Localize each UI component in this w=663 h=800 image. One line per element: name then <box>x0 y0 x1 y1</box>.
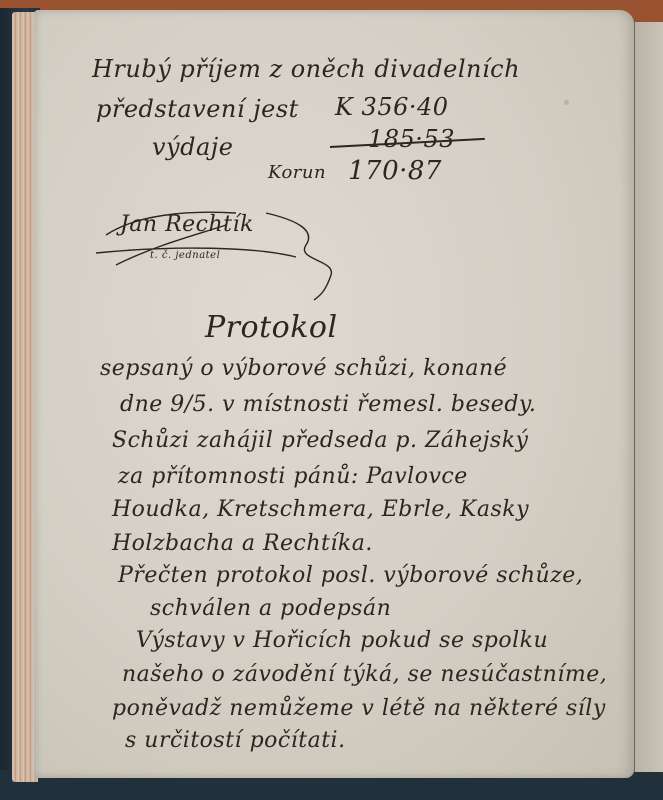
protocol-line: sepsaný o výborové schůzi, konané <box>100 356 507 381</box>
protocol-line: Schůzi zahájil předseda p. Záhejský <box>112 428 528 453</box>
protocol-line: s určitostí počítati. <box>125 728 346 753</box>
protocol-line: dne 9/5. v místnosti řemesl. besedy. <box>120 392 536 417</box>
protocol-title: Protokol <box>205 310 338 345</box>
finance-line-3-label: výdaje <box>152 133 233 161</box>
adjacent-page-edge <box>634 22 663 772</box>
paper-stain <box>564 100 569 105</box>
protocol-line: poněvadž nemůžeme v létě na některé síly <box>112 696 606 721</box>
protocol-line: Holzbacha a Rechtíka. <box>112 531 373 556</box>
protocol-line: Výstavy v Hořicích pokud se spolku <box>136 628 548 653</box>
protocol-line: schválen a podepsán <box>150 596 391 621</box>
finance-net-value: 170·87 <box>348 156 442 186</box>
finance-expense-value: 185·53 <box>368 125 455 153</box>
finance-line-4-label: Korun <box>268 162 326 183</box>
protocol-line: Houdka, Kretschmera, Ebrle, Kasky <box>112 497 529 522</box>
signature-role: t. č. jednatel <box>150 250 220 261</box>
signature-name: Jan Rechtík <box>120 212 254 237</box>
protocol-line: Přečten protokol posl. výborové schůze, <box>118 563 583 588</box>
protocol-line: našeho o závodění týká, se nesúčastníme, <box>122 662 607 687</box>
finance-line-1: Hrubý příjem z oněch divadelních <box>92 55 520 83</box>
protocol-line: za přítomnosti pánů: Pavlovce <box>118 464 468 489</box>
finance-gross-value: K 356·40 <box>335 93 449 121</box>
finance-line-2-label: představení jest <box>96 95 299 123</box>
